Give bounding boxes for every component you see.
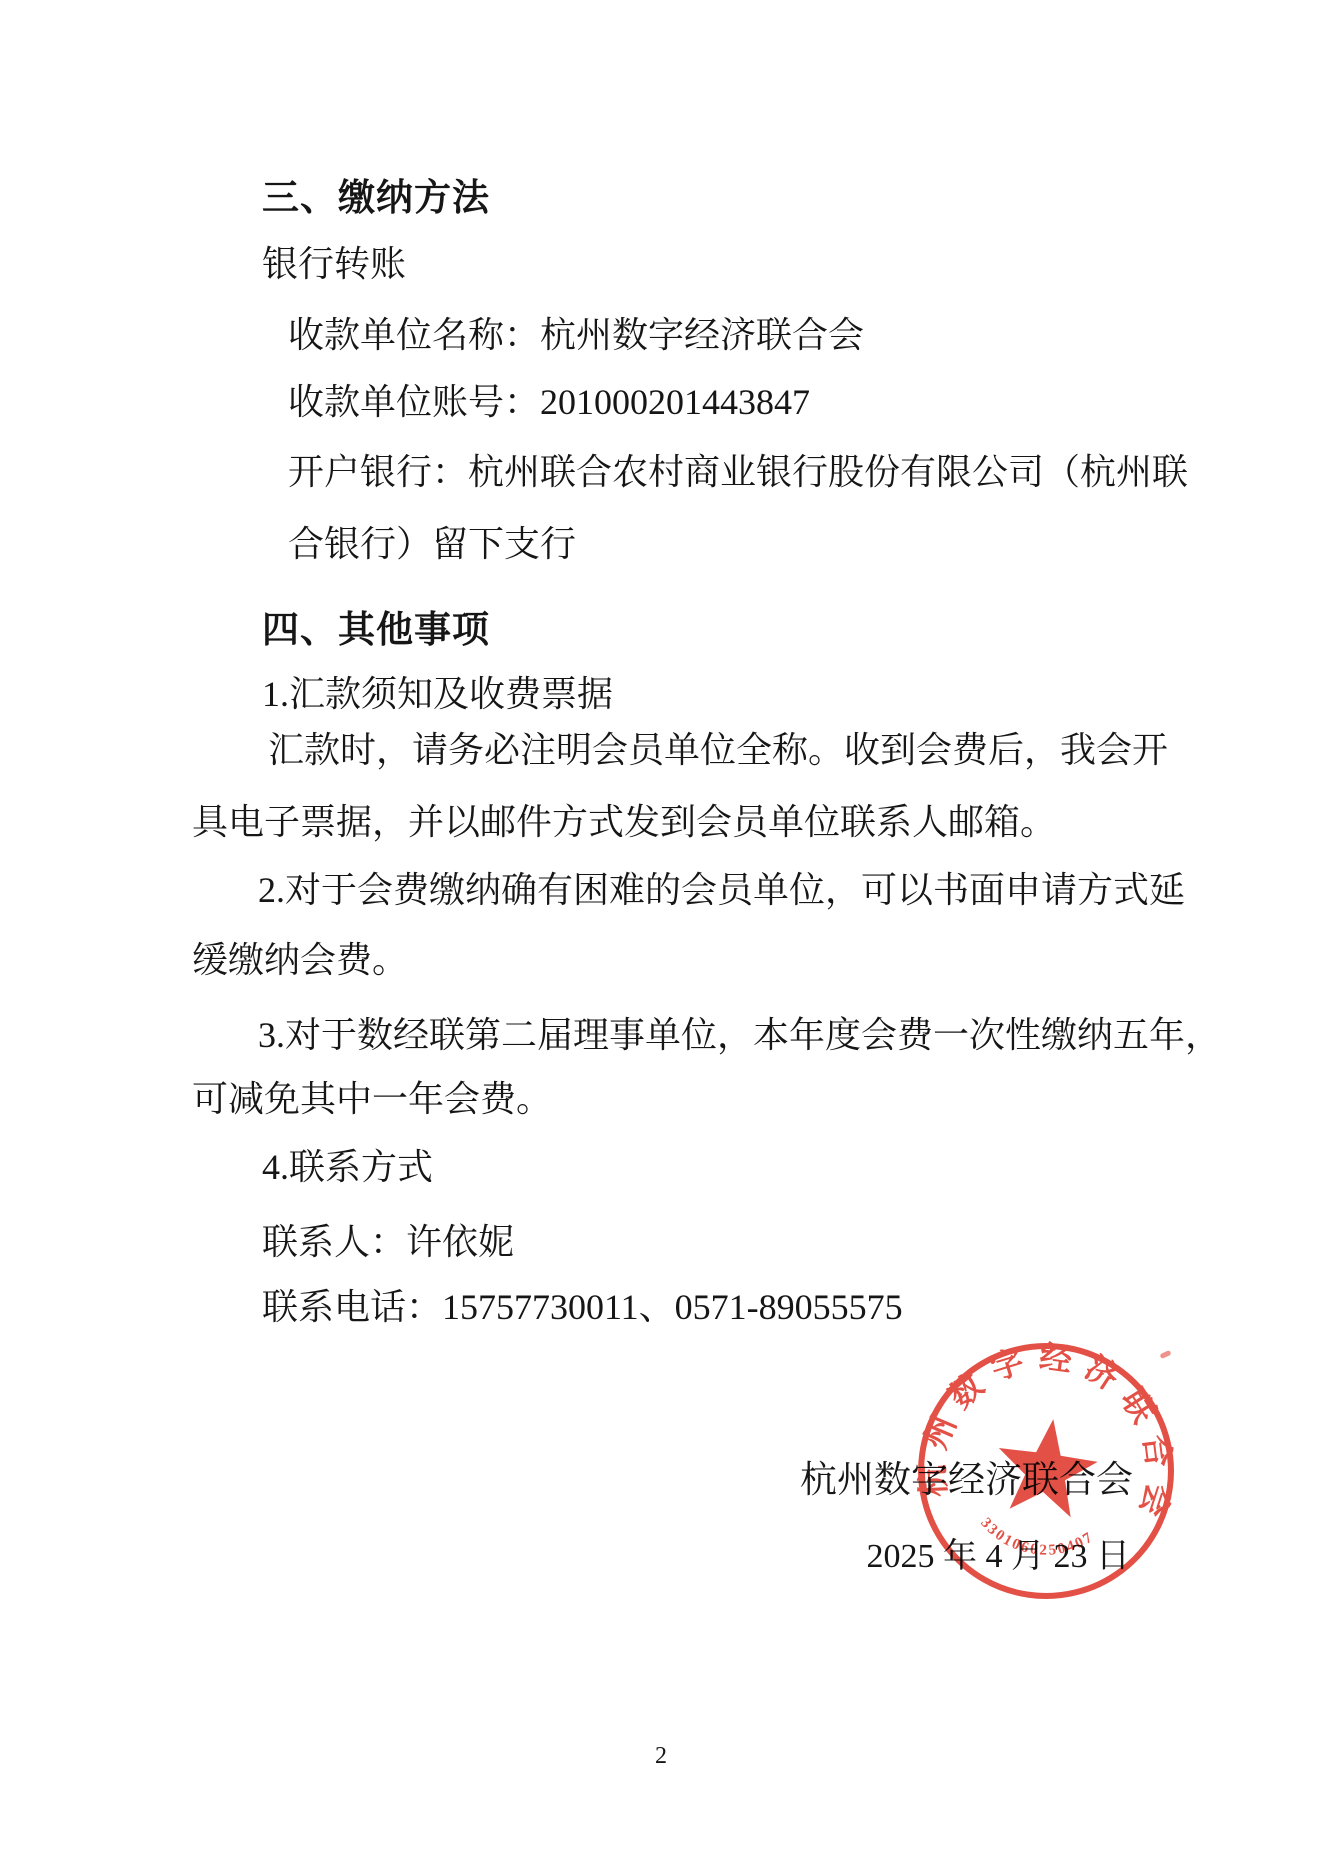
seal-star-icon xyxy=(991,1412,1103,1520)
line-item1-text-2: 具电子票据，并以邮件方式发到会员单位联系人邮箱。 xyxy=(192,802,1056,843)
line-payee-name: 收款单位名称：杭州数字经济联合会 xyxy=(288,315,864,356)
page-number: 2 xyxy=(655,1743,667,1770)
line-bank-name-2: 合银行）留下支行 xyxy=(288,524,576,565)
heading-payment-method: 三、缴纳方法 xyxy=(262,177,490,220)
line-item1-text-1: 汇款时，请务必注明会员单位全称。收到会费后，我会开 xyxy=(268,730,1168,771)
heading-other-matters: 四、其他事项 xyxy=(262,609,490,652)
line-item3-text-1: 3.对于数经联第二届理事单位，本年度会费一次性缴纳五年， xyxy=(258,1015,1221,1056)
line-item3-text-2: 可减免其中一年会费。 xyxy=(192,1079,552,1120)
line-item1-title: 1.汇款须知及收费票据 xyxy=(262,674,613,715)
line-bank-transfer: 银行转账 xyxy=(262,244,406,285)
line-item2-text-1: 2.对于会费缴纳确有困难的会员单位，可以书面申请方式延 xyxy=(258,870,1185,911)
line-bank-name-1: 开户银行：杭州联合农村商业银行股份有限公司（杭州联 xyxy=(288,452,1188,493)
official-seal: 杭州数字经济联合会 3301060250407 xyxy=(898,1323,1194,1619)
line-payee-account: 收款单位账号：201000201443847 xyxy=(288,382,810,423)
seal-graphic: 杭州数字经济联合会 3301060250407 xyxy=(898,1323,1194,1619)
line-contact-person: 联系人：许依妮 xyxy=(262,1222,514,1263)
document-page: 三、缴纳方法 银行转账 收款单位名称：杭州数字经济联合会 收款单位账号：2010… xyxy=(0,0,1323,1871)
seal-code-text: 3301060250407 xyxy=(974,1514,1099,1567)
line-contact-phone: 联系电话：15757730011、0571-89055575 xyxy=(262,1287,903,1328)
line-item4-title: 4.联系方式 xyxy=(262,1147,433,1188)
line-item2-text-2: 缓缴纳会费。 xyxy=(192,940,408,981)
